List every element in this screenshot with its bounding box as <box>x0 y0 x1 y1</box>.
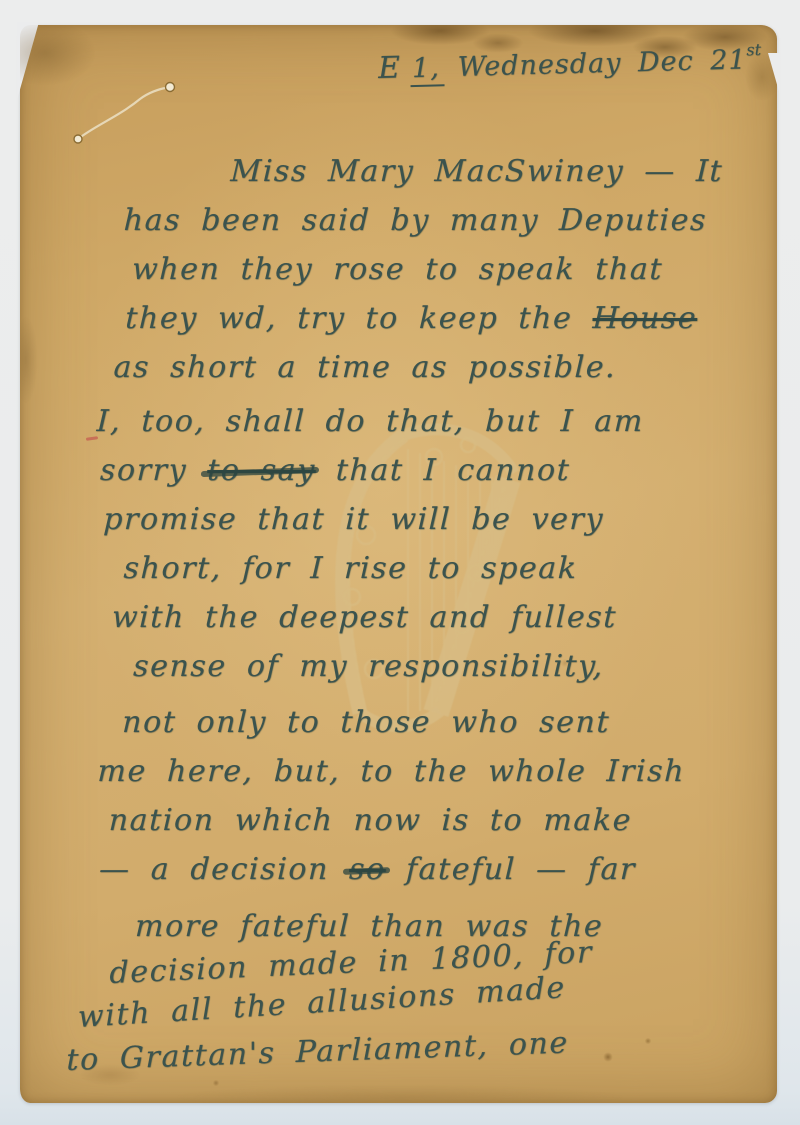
handwritten-text: with the deepest and fullest <box>111 600 617 635</box>
manuscript-line: nation which now is to make <box>108 796 759 845</box>
manuscript-line: as short a time as possible. <box>113 343 775 392</box>
struck-text: so <box>349 852 387 887</box>
manuscript-line: short, for I rise to speak <box>123 544 768 593</box>
handwritten-text: they wd, try to keep the <box>125 301 593 336</box>
date-text: Wednesday Dec 21 <box>457 44 747 83</box>
handwritten-text: as short a time as possible. <box>113 350 617 385</box>
handwritten-text: not only to those who sent <box>122 705 611 740</box>
manuscript-line: sorry to say that I cannot <box>99 446 771 495</box>
handwritten-text: sense of my responsibility, <box>133 649 605 684</box>
handwritten-text: — a decision <box>98 852 349 887</box>
handwritten-text: Miss Mary MacSwiney — It <box>230 154 724 189</box>
handwritten-text: me here, but, to the whole Irish <box>97 754 686 789</box>
date-ordinal-suffix: st <box>746 40 761 59</box>
manuscript-line: they wd, try to keep the House <box>124 294 776 343</box>
handwritten-text: nation which now is to make <box>108 803 633 838</box>
handwritten-text: that I cannot <box>315 453 571 488</box>
paper-scratch <box>66 73 186 153</box>
manuscript-line: promise that it will be very <box>102 495 769 544</box>
manuscript-line: with the deepest and fullest <box>111 593 766 642</box>
struck-text: to say <box>207 453 317 488</box>
manuscript-lines: Miss Mary MacSwiney — Ithas been said by… <box>54 147 782 1082</box>
manuscript-line: me here, but, to the whole Irish <box>97 747 761 796</box>
manuscript-line: not only to those who sent <box>121 698 762 747</box>
manuscript-line: sense of my responsibility, <box>132 642 764 691</box>
handwritten-text: when they rose to speak that <box>131 252 663 287</box>
struck-text: House <box>592 301 698 336</box>
handwritten-text: promise that it will be very <box>103 502 605 537</box>
handwritten-text: has been said by many Deputies <box>123 203 708 238</box>
manuscript-line: Miss Mary MacSwiney — It <box>230 147 782 196</box>
handwritten-text: fateful — far <box>385 852 636 887</box>
header-dateline: E1,Wednesday Dec 21st <box>378 40 762 86</box>
manuscript-line: — a decision so fateful — far <box>98 845 757 894</box>
manuscript-page: E1,Wednesday Dec 21st Miss Mary MacSwine… <box>20 25 777 1103</box>
archive-mark-letter: E <box>378 50 402 86</box>
archive-mark-number: 1, <box>410 52 445 87</box>
manuscript-line: has been said by many Deputies <box>123 196 780 245</box>
manuscript-line: I, too, shall do that, but I am <box>96 397 773 446</box>
manuscript-line: when they rose to speak that <box>131 245 778 294</box>
handwritten-text: sorry <box>99 453 207 488</box>
handwritten-text: I, too, shall do that, but I am <box>96 404 644 439</box>
handwritten-text: short, for I rise to speak <box>123 551 578 586</box>
